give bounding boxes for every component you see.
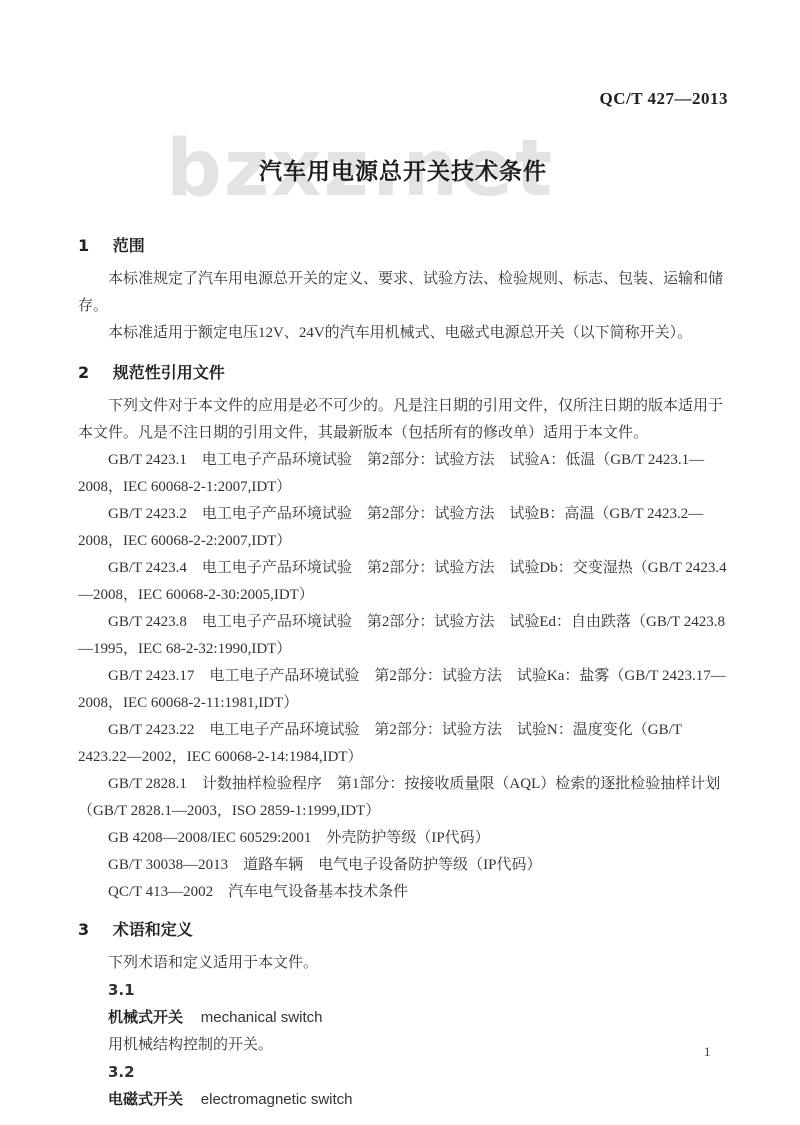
section-normative-references: 2 规范性引用文件 下列文件对于本文件的应用是必不可少的。凡是注日期的引用文件，… (78, 361, 728, 906)
reference-entry: GB/T 2423.2 电工电子产品环境试验 第2部分：试验方法 试验B：高温（… (78, 501, 728, 555)
term-number: 3.2 (78, 1059, 728, 1086)
reference-entry: GB/T 2423.4 电工电子产品环境试验 第2部分：试验方法 试验Db：交变… (78, 555, 728, 609)
term-english: mechanical switch (201, 1009, 323, 1026)
references-intro: 下列文件对于本文件的应用是必不可少的。凡是注日期的引用文件，仅所注日期的版本适用… (78, 393, 728, 447)
section-title: 范围 (113, 234, 145, 258)
reference-entry: GB/T 2423.1 电工电子产品环境试验 第2部分：试验方法 试验A：低温（… (78, 447, 728, 501)
page-number: 1 (704, 1044, 711, 1060)
section-references-heading: 2 规范性引用文件 (78, 361, 728, 385)
reference-entry: GB/T 2828.1 计数抽样检验程序 第1部分：按接收质量限（AQL）检索的… (78, 771, 728, 825)
document-page: QC/T 427—2013 bzxz.net 汽车用电源总开关技术条件 1 范围… (0, 0, 800, 1125)
reference-entry: QC/T 413—2002 汽车电气设备基本技术条件 (78, 879, 728, 906)
document-title: 汽车用电源总开关技术条件 (78, 156, 728, 188)
section-number: 3 (78, 918, 89, 942)
section-terms-and-definitions: 3 术语和定义 下列术语和定义适用于本文件。 3.1 机械式开关 mechani… (78, 918, 728, 1114)
section-title: 规范性引用文件 (113, 361, 225, 385)
page-content: QC/T 427—2013 bzxz.net 汽车用电源总开关技术条件 1 范围… (0, 88, 800, 1114)
terms-intro: 下列术语和定义适用于本文件。 (78, 950, 728, 977)
term-chinese: 机械式开关 (108, 1008, 183, 1026)
reference-entry: GB/T 2423.8 电工电子产品环境试验 第2部分：试验方法 试验Ed：自由… (78, 609, 728, 663)
section-number: 1 (78, 234, 89, 258)
scope-paragraph: 本标准规定了汽车用电源总开关的定义、要求、试验方法、检验规则、标志、包装、运输和… (78, 266, 728, 320)
reference-list: GB/T 2423.1 电工电子产品环境试验 第2部分：试验方法 试验A：低温（… (78, 447, 728, 906)
reference-entry: GB 4208—2008/IEC 60529:2001 外壳防护等级（IP代码） (78, 825, 728, 852)
section-scope: 1 范围 本标准规定了汽车用电源总开关的定义、要求、试验方法、检验规则、标志、包… (78, 234, 728, 347)
term-entry: 机械式开关 mechanical switch (78, 1004, 728, 1032)
section-title: 术语和定义 (113, 918, 193, 942)
reference-entry: GB/T 30038—2013 道路车辆 电气电子设备防护等级（IP代码） (78, 852, 728, 879)
section-scope-heading: 1 范围 (78, 234, 728, 258)
reference-entry: GB/T 2423.17 电工电子产品环境试验 第2部分：试验方法 试验Ka：盐… (78, 663, 728, 717)
term-entry: 电磁式开关 electromagnetic switch (78, 1086, 728, 1114)
scope-paragraph: 本标准适用于额定电压12V、24V的汽车用机械式、电磁式电源总开关（以下简称开关… (78, 320, 728, 347)
reference-entry: GB/T 2423.22 电工电子产品环境试验 第2部分：试验方法 试验N：温度… (78, 717, 728, 771)
section-number: 2 (78, 361, 89, 385)
section-terms-heading: 3 术语和定义 (78, 918, 728, 942)
term-definition: 用机械结构控制的开关。 (78, 1032, 728, 1059)
term-chinese: 电磁式开关 (108, 1090, 183, 1108)
title-block: bzxz.net 汽车用电源总开关技术条件 (78, 156, 728, 188)
standard-number: QC/T 427—2013 (78, 88, 728, 110)
term-number: 3.1 (78, 977, 728, 1004)
term-english: electromagnetic switch (201, 1091, 353, 1108)
